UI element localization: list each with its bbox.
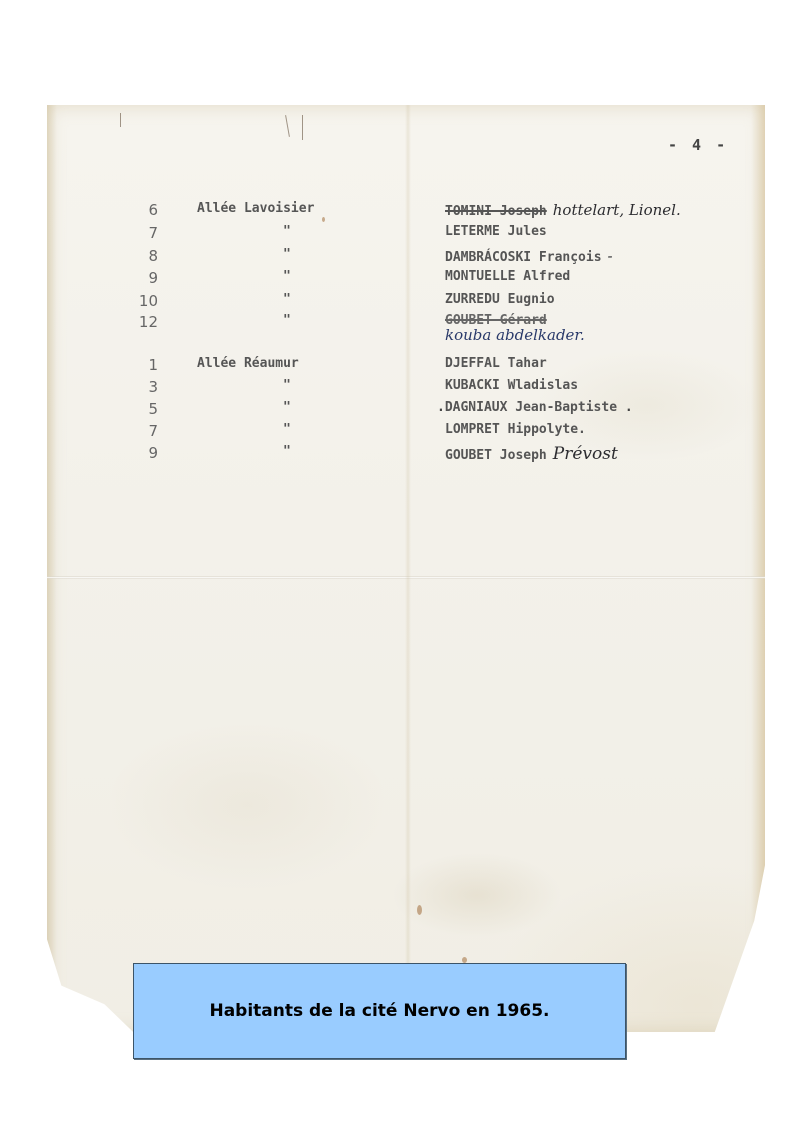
list-item: 10 " ZURREDU Eugnio (0, 292, 794, 314)
resident-name: DJEFFAL Tahar (445, 356, 547, 371)
house-number: 1 (130, 356, 158, 374)
list-item: 3 " KUBACKI Wladislas (0, 378, 794, 400)
house-number: 7 (130, 224, 158, 242)
list-item: 7 " LETERME Jules (0, 224, 794, 246)
handwritten-replacement: hottelart, Lionel. (553, 201, 681, 219)
page-number: - 4 - (668, 136, 728, 154)
house-number: 10 (130, 292, 158, 310)
paper-stain (769, 545, 774, 559)
resident-entry: .DAGNIAUX Jean-Baptiste . (437, 400, 633, 415)
list-item: 12 " GOUBET Gérard (0, 313, 794, 335)
resident-name: ZURREDU Eugnio (445, 292, 555, 307)
list-item: 9 " MONTUELLE Alfred (0, 269, 794, 291)
list-item: 8 " DAMBRÁCOSKI François- (0, 247, 794, 269)
ditto-mark: " (283, 313, 291, 328)
ditto-mark: " (283, 247, 291, 262)
ditto-mark: " (283, 269, 291, 284)
resident-name: MONTUELLE Alfred (445, 269, 570, 284)
ditto-mark: " (283, 292, 291, 307)
house-number: 7 (130, 422, 158, 440)
resident-entry: TOMINI Josephhottelart, Lionel. (445, 201, 681, 219)
street-name: Allée Réaumur (197, 356, 299, 371)
caption-box: Habitants de la cité Nervo en 1965. (133, 963, 626, 1059)
ditto-mark: " (283, 444, 291, 459)
pencil-dot: . (617, 400, 633, 415)
resident-name: KUBACKI Wladislas (445, 378, 578, 393)
list-item: 1 Allée Réaumur DJEFFAL Tahar (0, 356, 794, 378)
house-number: 12 (130, 313, 158, 331)
paper-mark (120, 113, 121, 127)
resident-name: GOUBET Joseph (445, 448, 547, 463)
list-item: 6 Allée Lavoisier TOMINI Josephhottelart… (0, 201, 794, 223)
resident-name: LOMPRET Hippolyte. (445, 422, 586, 437)
resident-name: LETERME Jules (445, 224, 547, 239)
house-number: 9 (130, 269, 158, 287)
paper-stain (417, 905, 422, 915)
handwritten-replacement: kouba abdelkader. (445, 326, 585, 344)
handwritten-annotation: Prévost (553, 444, 618, 464)
caption-text: Habitants de la cité Nervo en 1965. (209, 1001, 549, 1021)
ditto-mark: " (283, 400, 291, 415)
list-item: 5 " .DAGNIAUX Jean-Baptiste . (0, 400, 794, 422)
house-number: 6 (130, 201, 158, 219)
resident-entry: GOUBET JosephPrévost (445, 444, 618, 464)
resident-name-struck: TOMINI Joseph (445, 204, 547, 219)
list-item: 7 " LOMPRET Hippolyte. (0, 422, 794, 444)
pencil-dot: . (437, 400, 445, 415)
handwritten-mark: - (608, 247, 613, 265)
paper-mark (302, 115, 303, 140)
house-number: 3 (130, 378, 158, 396)
list-item: 9 " GOUBET JosephPrévost (0, 444, 794, 466)
resident-name: DAMBRÁCOSKI François (445, 250, 602, 265)
ditto-mark: " (283, 422, 291, 437)
street-name: Allée Lavoisier (197, 201, 314, 216)
house-number: 8 (130, 247, 158, 265)
ditto-mark: " (283, 378, 291, 393)
resident-entry: DAMBRÁCOSKI François- (445, 247, 613, 265)
paper-mark (285, 115, 290, 137)
resident-name: DAGNIAUX Jean-Baptiste (445, 400, 617, 415)
house-number: 5 (130, 400, 158, 418)
house-number: 9 (130, 444, 158, 462)
ditto-mark: " (283, 224, 291, 239)
